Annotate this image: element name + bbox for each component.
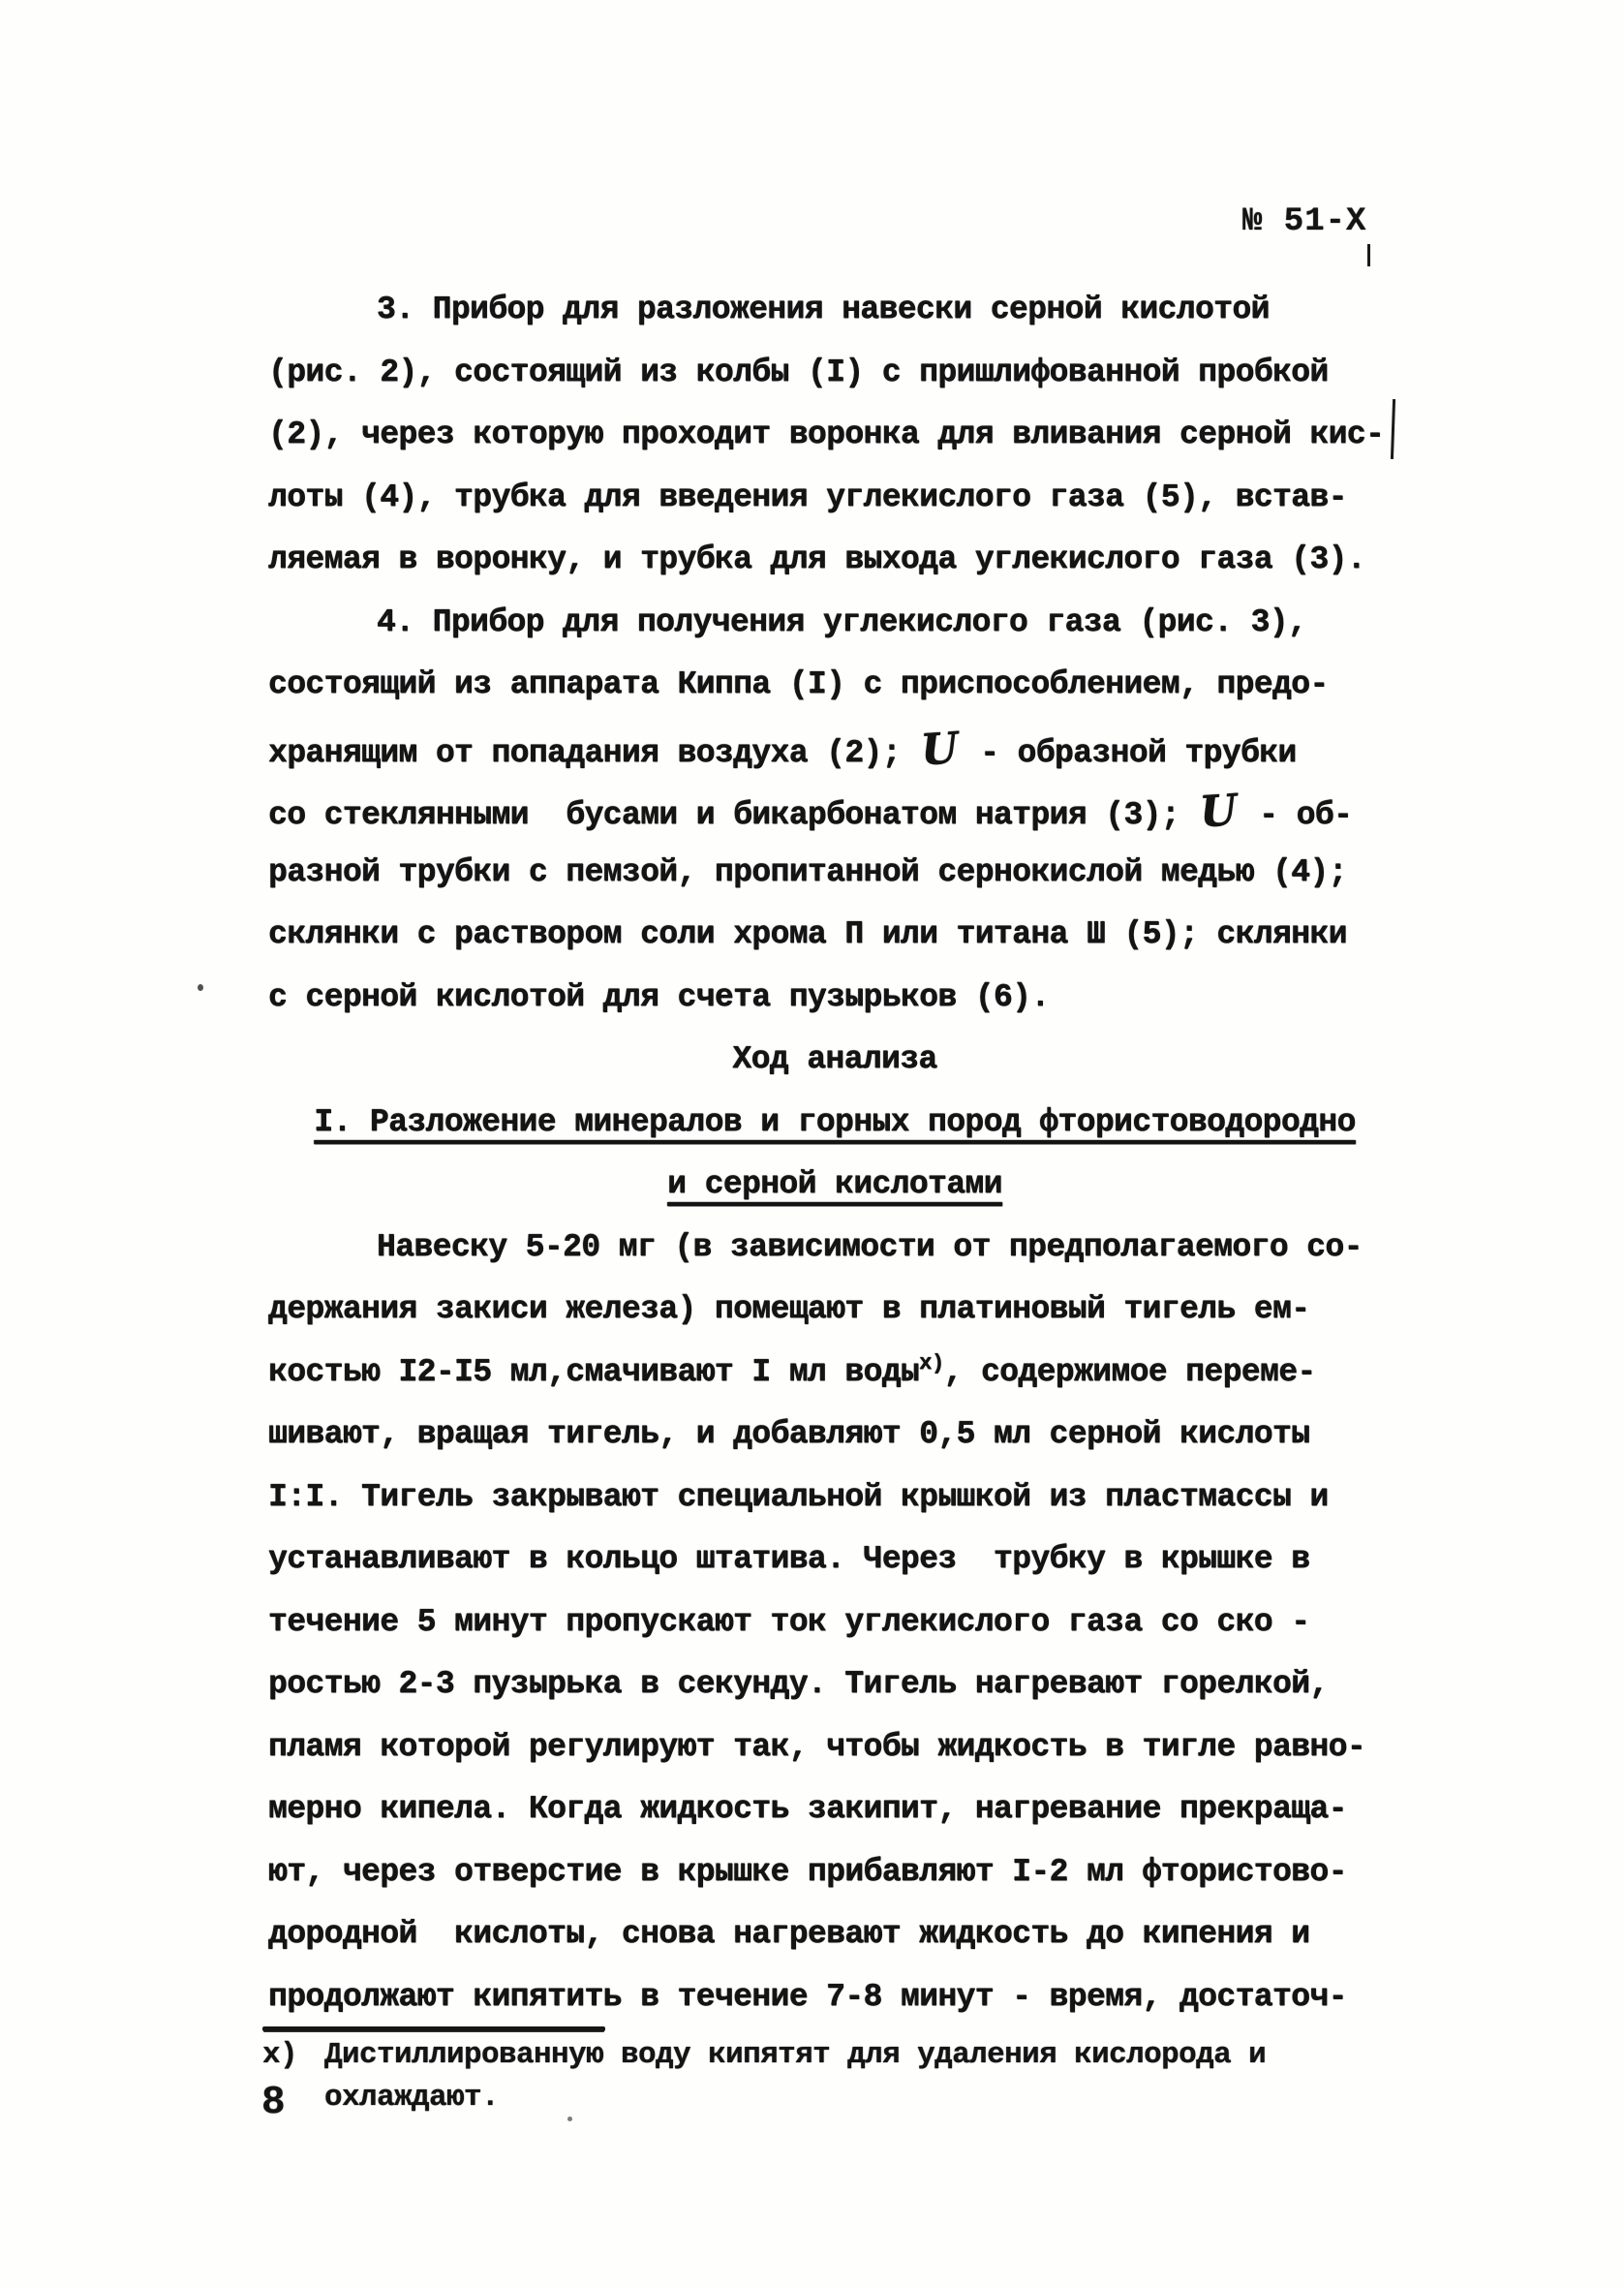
- text-line: костью I2-I5 мл,смачивают I мл водых), с…: [268, 1342, 1401, 1405]
- section-heading-underlined: и серной кислотами: [268, 1154, 1401, 1217]
- text-line: устанавливают в кольцо штатива. Через тр…: [268, 1529, 1401, 1592]
- text-line: ростью 2-3 пузырька в секунду. Тигель на…: [268, 1654, 1401, 1716]
- section-heading: Ход анализа: [268, 1029, 1401, 1092]
- text-line: (2), через которую проходит воронка для …: [268, 404, 1401, 467]
- text-line: ляемая в воронку, и трубка для выхода уг…: [268, 529, 1401, 592]
- text-line: держания закиси железа) помещают в плати…: [268, 1279, 1401, 1342]
- text-line: продолжают кипятить в течение 7-8 минут …: [268, 1966, 1401, 2029]
- text-line: дородной кислоты, снова нагревают жидкос…: [268, 1903, 1401, 1966]
- text-line: ют, через отверстие в крышке прибавляют …: [268, 1841, 1401, 1904]
- text-line: 4. Прибор для получения углекислого газа…: [268, 592, 1401, 655]
- text-line: хранящим от попадания воздуха (2); U - о…: [268, 717, 1401, 780]
- text-segment: костью I2-I5 мл,смачивают I мл воды: [268, 1354, 919, 1390]
- handwritten-u-symbol: U: [1196, 780, 1242, 845]
- footnote: х) Дистиллированную воду кипятят для уда…: [262, 2034, 1405, 2119]
- text-line: со стеклянными бусами и бикарбонатом нат…: [268, 779, 1401, 842]
- text-line: шивают, вращая тигель, и добавляют 0,5 м…: [268, 1404, 1401, 1467]
- handwritten-u-symbol: U: [917, 717, 964, 782]
- page-number: 8: [261, 2081, 286, 2125]
- text-line: лоты (4), трубка для введения углекислог…: [268, 467, 1401, 530]
- pen-tick-mark: [1367, 244, 1370, 266]
- document-page: № 51-Х 3. Прибор для разложения навески …: [0, 0, 1624, 2288]
- text-line: разной трубки с пемзой, пропитанной серн…: [268, 842, 1401, 905]
- text-line: течение 5 минут пропускают ток углекисло…: [268, 1592, 1401, 1654]
- footnote-separator: [262, 2026, 605, 2031]
- text-line: I:I. Тигель закрывают специальной крышко…: [268, 1467, 1401, 1530]
- text-line: мерно кипела. Когда жидкость закипит, на…: [268, 1778, 1401, 1841]
- footnote-line: охлаждают.: [324, 2077, 1266, 2119]
- text-column: 3. Прибор для разложения навески серной …: [268, 279, 1401, 2028]
- text-segment: хранящим от попадания воздуха (2);: [268, 735, 919, 771]
- footnote-reference-mark: х): [919, 1351, 943, 1376]
- text-line: склянки с раствором соли хрома П или тит…: [268, 904, 1401, 967]
- text-segment: , содержимое переме-: [944, 1354, 1316, 1390]
- text-segment: - об-: [1241, 797, 1352, 833]
- text-segment: - образной трубки: [962, 735, 1297, 771]
- text-line: с серной кислотой для счета пузырьков (6…: [268, 967, 1401, 1030]
- scan-artifact-dot: [198, 984, 203, 991]
- text-segment: со стеклянными бусами и бикарбонатом нат…: [268, 797, 1198, 833]
- document-number: № 51-Х: [1242, 203, 1366, 240]
- text-line: пламя которой регулируют так, чтобы жидк…: [268, 1716, 1401, 1779]
- section-heading-underlined: I. Разложение минералов и горных пород ф…: [268, 1092, 1401, 1155]
- text-line: (рис. 2), состоящий из колбы (I) с пришл…: [268, 342, 1401, 405]
- text-line: 3. Прибор для разложения навески серной …: [268, 279, 1401, 342]
- text-line: состоящий из аппарата Киппа (I) с приспо…: [268, 654, 1401, 717]
- footnote-line: Дистиллированную воду кипятят для удален…: [324, 2034, 1266, 2077]
- text-line: Навеску 5-20 мг (в зависимости от предпо…: [268, 1217, 1401, 1280]
- footnote-text: Дистиллированную воду кипятят для удален…: [324, 2034, 1266, 2119]
